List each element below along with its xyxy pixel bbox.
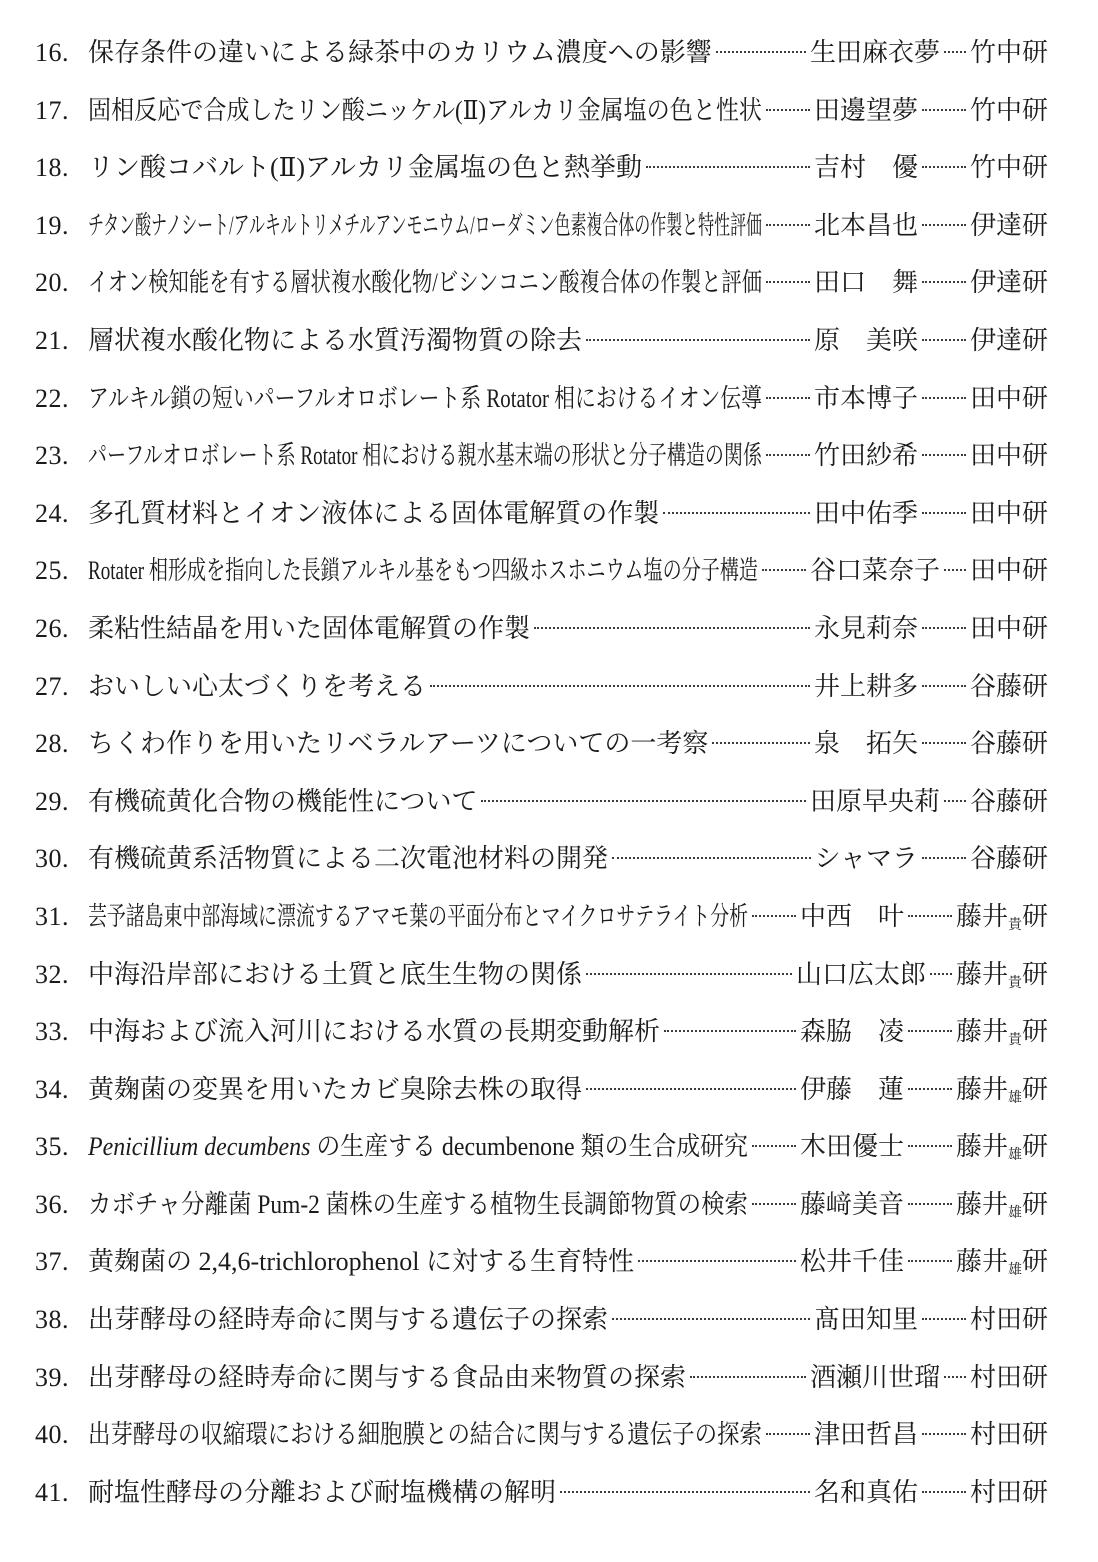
toc-row: 34. 黄麹菌の変異を用いたカビ臭除去株の取得 伊藤 蓮 藤井雄研 — [35, 1075, 1048, 1133]
row-lab: 伊達研 — [970, 326, 1048, 365]
toc-row: 29. 有機硫黄化合物の機能性について 田原早央莉 谷藤研 — [35, 787, 1048, 845]
row-title: 出芽酵母の経時寿命に関与する食品由来物質の探索 — [88, 1363, 686, 1393]
row-title: 黄麹菌の変異を用いたカビ臭除去株の取得 — [88, 1075, 582, 1105]
row-lab: 谷藤研 — [970, 729, 1048, 768]
row-number: 28. — [35, 729, 88, 759]
author-leader-dots — [922, 281, 966, 283]
lab-name-main: 村田研 — [970, 1420, 1048, 1449]
row-number: 39. — [35, 1363, 88, 1393]
row-title-text: リン酸コバルト(Ⅱ)アルカリ金属塩の色と熱挙動 — [88, 153, 642, 183]
row-title: リン酸コバルト(Ⅱ)アルカリ金属塩の色と熱挙動 — [88, 153, 642, 183]
row-author: 髙田知里 — [814, 1305, 918, 1335]
leader-dots — [612, 1318, 810, 1320]
leader-dots — [766, 224, 810, 226]
row-title: 有機硫黄化合物の機能性について — [88, 787, 477, 817]
row-number: 22. — [35, 384, 88, 414]
row-title-text: 柔粘性結晶を用いた固体電解質の作製 — [88, 614, 530, 644]
author-leader-dots — [908, 1145, 952, 1147]
row-title-text: 保存条件の違いによる緑茶中のカリウム濃度への影響 — [88, 38, 712, 68]
row-number: 32. — [35, 960, 88, 990]
lab-name-main: 藤井 — [956, 902, 1008, 931]
toc-row: 30. 有機硫黄系活物質による二次電池材料の開発 シャマラ 谷藤研 — [35, 844, 1048, 902]
row-author: 山口広太郎 — [796, 960, 926, 990]
lab-name-main: 藤井 — [956, 1132, 1008, 1161]
row-title: イオン検知能を有する層状複水酸化物/ビシンコニン酸複合体の作製と評価 — [88, 268, 762, 298]
lab-name-main: 藤井 — [956, 1247, 1008, 1276]
row-lab: 藤井雄研 — [956, 1247, 1048, 1286]
leader-dots — [481, 800, 805, 802]
row-author: 生田麻衣夢 — [810, 38, 940, 68]
toc-row: 35. Penicillium decumbens の生産する decumben… — [35, 1132, 1048, 1190]
leader-dots — [752, 1203, 796, 1205]
row-lab: 田中研 — [970, 556, 1048, 595]
row-author: 市本博子 — [814, 384, 918, 414]
row-number: 26. — [35, 614, 88, 644]
row-title: おいしい心太づくりを考える — [88, 672, 426, 702]
row-author: 竹田紗希 — [814, 441, 918, 471]
row-number: 35. — [35, 1132, 88, 1162]
toc-row: 17. 固相反応で合成したリン酸ニッケル(Ⅱ)アルカリ金属塩の色と性状 田邊望夢… — [35, 96, 1048, 154]
row-title: 黄麹菌の 2,4,6-trichlorophenol に対する生育特性 — [88, 1247, 634, 1277]
toc-row: 36. カボチャ分離菌 Pum-2 菌株の生産する植物生長調節物質の検索 藤﨑美… — [35, 1190, 1048, 1248]
row-number: 34. — [35, 1075, 88, 1105]
row-title-text: 有機硫黄化合物の機能性について — [88, 787, 477, 817]
leader-dots — [766, 397, 810, 399]
row-title: 中海および流入河川における水質の長期変動解析 — [88, 1017, 660, 1047]
row-author-lab: 森脇 凌 藤井貴研 — [800, 1017, 1048, 1056]
row-lab: 谷藤研 — [970, 844, 1048, 883]
row-title-text: チタン酸ナノシート/アルキルトリメチルアンモニウム/ローダミン色素複合体の作製と… — [88, 211, 762, 241]
row-title-text: 固相反応で合成したリン酸ニッケル(Ⅱ)アルカリ金属塩の色と性状 — [88, 96, 762, 126]
row-author: 津田哲昌 — [814, 1420, 918, 1450]
row-title: カボチャ分離菌 Pum-2 菌株の生産する植物生長調節物質の検索 — [88, 1190, 748, 1220]
row-author-lab: 中西 叶 藤井貴研 — [800, 902, 1048, 941]
row-author-lab: 竹田紗希 田中研 — [814, 441, 1048, 480]
row-lab: 藤井雄研 — [956, 1075, 1048, 1114]
toc-row: 26. 柔粘性結晶を用いた固体電解質の作製 永見莉奈 田中研 — [35, 614, 1048, 672]
toc-row: 31. 芸予諸島東中部海域に漂流するアマモ葉の平面分布とマイクロサテライト分析 … — [35, 902, 1048, 960]
toc-row: 32. 中海沿岸部における土質と底生生物の関係 山口広太郎 藤井貴研 — [35, 960, 1048, 1018]
lab-name-main: 村田研 — [970, 1363, 1048, 1392]
row-author: 中西 叶 — [800, 902, 904, 932]
row-title: 出芽酵母の経時寿命に関与する遺伝子の探索 — [88, 1305, 608, 1335]
row-author: 田邊望夢 — [814, 96, 918, 126]
row-lab: 谷藤研 — [970, 787, 1048, 826]
leader-dots — [766, 1433, 810, 1435]
row-lab: 田中研 — [970, 441, 1048, 480]
leader-dots — [716, 51, 806, 53]
lab-name-main: 村田研 — [970, 1478, 1048, 1507]
lab-name-subscript: 貴 — [1008, 1033, 1022, 1048]
document-page: 16. 保存条件の違いによる緑茶中のカリウム濃度への影響 生田麻衣夢 竹中研 1… — [0, 0, 1098, 1562]
row-author: 吉村 優 — [814, 153, 918, 183]
row-lab: 藤井貴研 — [956, 902, 1048, 941]
author-leader-dots — [922, 1491, 966, 1493]
row-title-text: 出芽酵母の収縮環における細胞膜との結合に関与する遺伝子の探索 — [88, 1420, 762, 1450]
lab-name-main: 竹中研 — [970, 153, 1048, 182]
row-author: 北本昌也 — [814, 211, 918, 241]
row-title: 耐塩性酵母の分離および耐塩機構の解明 — [88, 1478, 556, 1508]
row-author: 田中佑季 — [814, 499, 918, 529]
leader-dots — [663, 512, 810, 514]
row-lab: 藤井雄研 — [956, 1132, 1048, 1171]
row-lab: 藤井貴研 — [956, 960, 1048, 999]
row-number: 33. — [35, 1017, 88, 1047]
row-number: 20. — [35, 268, 88, 298]
lab-name-main: 村田研 — [970, 1305, 1048, 1334]
lab-name-tail: 研 — [1022, 960, 1048, 989]
leader-dots — [690, 1376, 806, 1378]
row-author-lab: 原 美咲 伊達研 — [814, 326, 1048, 365]
row-number: 21. — [35, 326, 88, 356]
thesis-toc-list: 16. 保存条件の違いによる緑茶中のカリウム濃度への影響 生田麻衣夢 竹中研 1… — [35, 38, 1048, 1535]
row-author: 松井千佳 — [800, 1247, 904, 1277]
lab-name-main: 藤井 — [956, 1075, 1008, 1104]
row-number: 31. — [35, 902, 88, 932]
lab-name-subscript: 雄 — [1008, 1263, 1022, 1278]
author-leader-dots — [922, 454, 966, 456]
row-author: 永見莉奈 — [814, 614, 918, 644]
toc-row: 27. おいしい心太づくりを考える 井上耕多 谷藤研 — [35, 672, 1048, 730]
row-title-text: パーフルオロボレート系 Rotator 相における親水基末端の形状と分子構造の関… — [88, 441, 762, 471]
toc-row: 21. 層状複水酸化物による水質汚濁物質の除去 原 美咲 伊達研 — [35, 326, 1048, 384]
row-lab: 竹中研 — [970, 38, 1048, 77]
author-leader-dots — [908, 915, 952, 917]
row-author: シャマラ — [815, 844, 918, 874]
row-lab: 竹中研 — [970, 96, 1048, 135]
leader-dots — [752, 915, 796, 917]
row-number: 29. — [35, 787, 88, 817]
row-author: 泉 拓矢 — [814, 729, 918, 759]
row-author-lab: 山口広太郎 藤井貴研 — [796, 960, 1048, 999]
author-leader-dots — [922, 109, 966, 111]
lab-name-main: 田中研 — [970, 614, 1048, 643]
row-title: 有機硫黄系活物質による二次電池材料の開発 — [88, 844, 608, 874]
row-title: 出芽酵母の収縮環における細胞膜との結合に関与する遺伝子の探索 — [88, 1420, 762, 1450]
author-leader-dots — [922, 339, 966, 341]
lab-name-tail: 研 — [1022, 1075, 1048, 1104]
row-author-lab: 名和真佑 村田研 — [814, 1478, 1048, 1517]
author-leader-dots — [922, 627, 966, 629]
row-number: 30. — [35, 844, 88, 874]
row-title: 芸予諸島東中部海域に漂流するアマモ葉の平面分布とマイクロサテライト分析 — [88, 902, 748, 932]
author-leader-dots — [922, 742, 966, 744]
row-title: アルキル鎖の短いパーフルオロボレート系 Rotator 相におけるイオン伝導 — [88, 384, 762, 414]
row-number: 36. — [35, 1190, 88, 1220]
row-author-lab: 生田麻衣夢 竹中研 — [810, 38, 1048, 77]
leader-dots — [430, 685, 810, 687]
row-author: 名和真佑 — [814, 1478, 918, 1508]
lab-name-subscript: 雄 — [1008, 1206, 1022, 1221]
author-leader-dots — [922, 857, 966, 859]
row-lab: 村田研 — [970, 1305, 1048, 1344]
row-author-lab: 吉村 優 竹中研 — [814, 153, 1048, 192]
row-lab: 田中研 — [970, 614, 1048, 653]
row-author: 田口 舞 — [814, 268, 918, 298]
author-leader-dots — [908, 1260, 952, 1262]
row-author: 伊藤 蓮 — [800, 1075, 904, 1105]
row-author: 森脇 凌 — [800, 1017, 904, 1047]
toc-row: 20. イオン検知能を有する層状複水酸化物/ビシンコニン酸複合体の作製と評価 田… — [35, 268, 1048, 326]
row-title-text: 芸予諸島東中部海域に漂流するアマモ葉の平面分布とマイクロサテライト分析 — [88, 902, 748, 932]
leader-dots — [766, 454, 810, 456]
row-title: Penicillium decumbens の生産する decumbenone … — [88, 1132, 748, 1162]
row-author-lab: 田中佑季 田中研 — [814, 499, 1048, 538]
toc-row: 37. 黄麹菌の 2,4,6-trichlorophenol に対する生育特性 … — [35, 1247, 1048, 1305]
lab-name-main: 谷藤研 — [970, 729, 1048, 758]
row-author-lab: 田邊望夢 竹中研 — [814, 96, 1048, 135]
row-title: パーフルオロボレート系 Rotator 相における親水基末端の形状と分子構造の関… — [88, 441, 762, 471]
lab-name-subscript: 雄 — [1008, 1091, 1022, 1106]
author-leader-dots — [930, 973, 952, 975]
leader-dots — [638, 1260, 796, 1262]
lab-name-subscript: 貴 — [1008, 976, 1022, 991]
row-title: 固相反応で合成したリン酸ニッケル(Ⅱ)アルカリ金属塩の色と性状 — [88, 96, 762, 126]
row-title-text: ちくわ作りを用いたリベラルアーツについての一考察 — [88, 729, 708, 759]
toc-row: 16. 保存条件の違いによる緑茶中のカリウム濃度への影響 生田麻衣夢 竹中研 — [35, 38, 1048, 96]
row-title-text: アルキル鎖の短いパーフルオロボレート系 Rotator 相におけるイオン伝導 — [88, 384, 762, 414]
row-title-text: 黄麹菌の 2,4,6-trichlorophenol に対する生育特性 — [88, 1247, 634, 1277]
row-author: 田原早央莉 — [810, 787, 940, 817]
leader-dots — [586, 973, 792, 975]
row-author: 井上耕多 — [814, 672, 918, 702]
lab-name-main: 田中研 — [970, 384, 1048, 413]
row-title-text: 有機硫黄系活物質による二次電池材料の開発 — [88, 844, 608, 874]
leader-dots — [664, 1030, 796, 1032]
row-number: 38. — [35, 1305, 88, 1335]
row-lab: 村田研 — [970, 1420, 1048, 1459]
lab-name-main: 藤井 — [956, 1017, 1008, 1046]
toc-row: 40. 出芽酵母の収縮環における細胞膜との結合に関与する遺伝子の探索 津田哲昌 … — [35, 1420, 1048, 1478]
lab-name-main: 田中研 — [970, 499, 1048, 528]
row-author-lab: 永見莉奈 田中研 — [814, 614, 1048, 653]
toc-row: 28. ちくわ作りを用いたリベラルアーツについての一考察 泉 拓矢 谷藤研 — [35, 729, 1048, 787]
row-author: 木田優士 — [800, 1132, 904, 1162]
row-title: 多孔質材料とイオン液体による固体電解質の作製 — [88, 499, 659, 529]
row-lab: 藤井雄研 — [956, 1190, 1048, 1229]
row-number: 23. — [35, 441, 88, 471]
row-title: Rotater 相形成を指向した長鎖アルキル基をもつ四級ホスホニウム塩の分子構造 — [88, 556, 758, 586]
author-leader-dots — [922, 1318, 966, 1320]
author-leader-dots — [908, 1088, 952, 1090]
row-lab: 伊達研 — [970, 211, 1048, 250]
row-author: 酒瀬川世瑠 — [810, 1363, 940, 1393]
row-number: 19. — [35, 211, 88, 241]
row-number: 24. — [35, 499, 88, 529]
lab-name-main: 田中研 — [970, 556, 1048, 585]
author-leader-dots — [922, 512, 966, 514]
row-title-text: 多孔質材料とイオン液体による固体電解質の作製 — [88, 499, 659, 529]
row-title-text: イオン検知能を有する層状複水酸化物/ビシンコニン酸複合体の作製と評価 — [88, 268, 762, 298]
row-lab: 田中研 — [970, 499, 1048, 538]
row-author-lab: 泉 拓矢 谷藤研 — [814, 729, 1048, 768]
lab-name-main: 藤井 — [956, 960, 1008, 989]
lab-name-tail: 研 — [1022, 1247, 1048, 1276]
row-lab: 伊達研 — [970, 268, 1048, 307]
lab-name-main: 竹中研 — [970, 38, 1048, 67]
leader-dots — [612, 857, 810, 859]
row-lab: 谷藤研 — [970, 672, 1048, 711]
leader-dots — [586, 339, 810, 341]
row-author-lab: 津田哲昌 村田研 — [814, 1420, 1048, 1459]
row-title: 中海沿岸部における土質と底生生物の関係 — [88, 960, 582, 990]
lab-name-main: 伊達研 — [970, 211, 1048, 240]
row-title-text: 耐塩性酵母の分離および耐塩機構の解明 — [88, 1478, 556, 1508]
row-number: 27. — [35, 672, 88, 702]
row-author-lab: 市本博子 田中研 — [814, 384, 1048, 423]
row-number: 17. — [35, 96, 88, 126]
author-leader-dots — [908, 1030, 952, 1032]
row-number: 25. — [35, 556, 88, 586]
toc-row: 22. アルキル鎖の短いパーフルオロボレート系 Rotator 相におけるイオン… — [35, 384, 1048, 442]
toc-row: 19. チタン酸ナノシート/アルキルトリメチルアンモニウム/ローダミン色素複合体… — [35, 211, 1048, 269]
row-title: 層状複水酸化物による水質汚濁物質の除去 — [88, 326, 582, 356]
row-author-lab: シャマラ 谷藤研 — [815, 844, 1049, 883]
leader-dots — [712, 742, 810, 744]
author-leader-dots — [922, 1433, 966, 1435]
leader-dots — [560, 1491, 810, 1493]
row-number: 18. — [35, 153, 88, 183]
row-number: 40. — [35, 1420, 88, 1450]
row-author-lab: 藤﨑美音 藤井雄研 — [800, 1190, 1048, 1229]
author-leader-dots — [922, 397, 966, 399]
row-title-text: 出芽酵母の経時寿命に関与する食品由来物質の探索 — [88, 1363, 686, 1393]
lab-name-tail: 研 — [1022, 1132, 1048, 1161]
toc-row: 41. 耐塩性酵母の分離および耐塩機構の解明 名和真佑 村田研 — [35, 1478, 1048, 1536]
lab-name-main: 田中研 — [970, 441, 1048, 470]
lab-name-subscript: 雄 — [1008, 1148, 1022, 1163]
lab-name-subscript: 貴 — [1008, 918, 1022, 933]
row-lab: 村田研 — [970, 1363, 1048, 1402]
lab-name-main: 谷藤研 — [970, 672, 1048, 701]
toc-row: 18. リン酸コバルト(Ⅱ)アルカリ金属塩の色と熱挙動 吉村 優 竹中研 — [35, 153, 1048, 211]
toc-row: 24. 多孔質材料とイオン液体による固体電解質の作製 田中佑季 田中研 — [35, 499, 1048, 557]
toc-row: 39. 出芽酵母の経時寿命に関与する食品由来物質の探索 酒瀬川世瑠 村田研 — [35, 1363, 1048, 1421]
row-lab: 藤井貴研 — [956, 1017, 1048, 1056]
author-leader-dots — [944, 569, 966, 571]
row-title-text: 黄麹菌の変異を用いたカビ臭除去株の取得 — [88, 1075, 582, 1105]
lab-name-main: 谷藤研 — [970, 787, 1048, 816]
leader-dots — [586, 1088, 796, 1090]
row-title-text: カボチャ分離菌 Pum-2 菌株の生産する植物生長調節物質の検索 — [88, 1190, 748, 1220]
lab-name-tail: 研 — [1022, 1190, 1048, 1219]
row-title: ちくわ作りを用いたリベラルアーツについての一考察 — [88, 729, 708, 759]
row-author-lab: 伊藤 蓮 藤井雄研 — [800, 1075, 1048, 1114]
lab-name-main: 谷藤研 — [970, 844, 1048, 873]
toc-row: 25. Rotater 相形成を指向した長鎖アルキル基をもつ四級ホスホニウム塩の… — [35, 556, 1048, 614]
row-title-text: Penicillium decumbens の生産する decumbenone … — [88, 1132, 748, 1162]
leader-dots — [766, 281, 810, 283]
row-title-text: 中海および流入河川における水質の長期変動解析 — [88, 1017, 660, 1047]
row-author-lab: 北本昌也 伊達研 — [814, 211, 1048, 250]
lab-name-tail: 研 — [1022, 1017, 1048, 1046]
lab-name-main: 藤井 — [956, 1190, 1008, 1219]
row-author: 谷口菜奈子 — [810, 556, 940, 586]
leader-dots — [766, 109, 810, 111]
leader-dots — [752, 1145, 796, 1147]
leader-dots — [534, 627, 810, 629]
lab-name-tail: 研 — [1022, 902, 1048, 931]
author-leader-dots — [944, 800, 966, 802]
row-author: 藤﨑美音 — [800, 1190, 904, 1220]
row-title: 保存条件の違いによる緑茶中のカリウム濃度への影響 — [88, 38, 712, 68]
row-number: 41. — [35, 1478, 88, 1508]
row-lab: 竹中研 — [970, 153, 1048, 192]
row-author-lab: 谷口菜奈子 田中研 — [810, 556, 1048, 595]
author-leader-dots — [908, 1203, 952, 1205]
leader-dots — [762, 569, 806, 571]
row-title-text: Rotater 相形成を指向した長鎖アルキル基をもつ四級ホスホニウム塩の分子構造 — [88, 556, 758, 586]
toc-row: 38. 出芽酵母の経時寿命に関与する遺伝子の探索 髙田知里 村田研 — [35, 1305, 1048, 1363]
lab-name-main: 竹中研 — [970, 96, 1048, 125]
row-author-lab: 髙田知里 村田研 — [814, 1305, 1048, 1344]
row-title-text: 層状複水酸化物による水質汚濁物質の除去 — [88, 326, 582, 356]
row-author: 原 美咲 — [814, 326, 918, 356]
author-leader-dots — [922, 685, 966, 687]
leader-dots — [646, 166, 810, 168]
row-lab: 田中研 — [970, 384, 1048, 423]
row-author-lab: 酒瀬川世瑠 村田研 — [810, 1363, 1048, 1402]
row-title-text: 出芽酵母の経時寿命に関与する遺伝子の探索 — [88, 1305, 608, 1335]
lab-name-main: 伊達研 — [970, 326, 1048, 355]
row-title: 柔粘性結晶を用いた固体電解質の作製 — [88, 614, 530, 644]
row-author-lab: 木田優士 藤井雄研 — [800, 1132, 1048, 1171]
row-title: チタン酸ナノシート/アルキルトリメチルアンモニウム/ローダミン色素複合体の作製と… — [88, 211, 762, 241]
author-leader-dots — [922, 224, 966, 226]
lab-name-main: 伊達研 — [970, 268, 1048, 297]
author-leader-dots — [922, 166, 966, 168]
row-lab: 村田研 — [970, 1478, 1048, 1517]
row-author-lab: 松井千佳 藤井雄研 — [800, 1247, 1048, 1286]
row-author-lab: 田口 舞 伊達研 — [814, 268, 1048, 307]
row-number: 37. — [35, 1247, 88, 1277]
row-author-lab: 田原早央莉 谷藤研 — [810, 787, 1048, 826]
row-title-text: おいしい心太づくりを考える — [88, 672, 426, 702]
toc-row: 33. 中海および流入河川における水質の長期変動解析 森脇 凌 藤井貴研 — [35, 1017, 1048, 1075]
toc-row: 23. パーフルオロボレート系 Rotator 相における親水基末端の形状と分子… — [35, 441, 1048, 499]
row-title-text: 中海沿岸部における土質と底生生物の関係 — [88, 960, 582, 990]
row-author-lab: 井上耕多 谷藤研 — [814, 672, 1048, 711]
author-leader-dots — [944, 1376, 966, 1378]
author-leader-dots — [944, 51, 966, 53]
row-number: 16. — [35, 38, 88, 68]
